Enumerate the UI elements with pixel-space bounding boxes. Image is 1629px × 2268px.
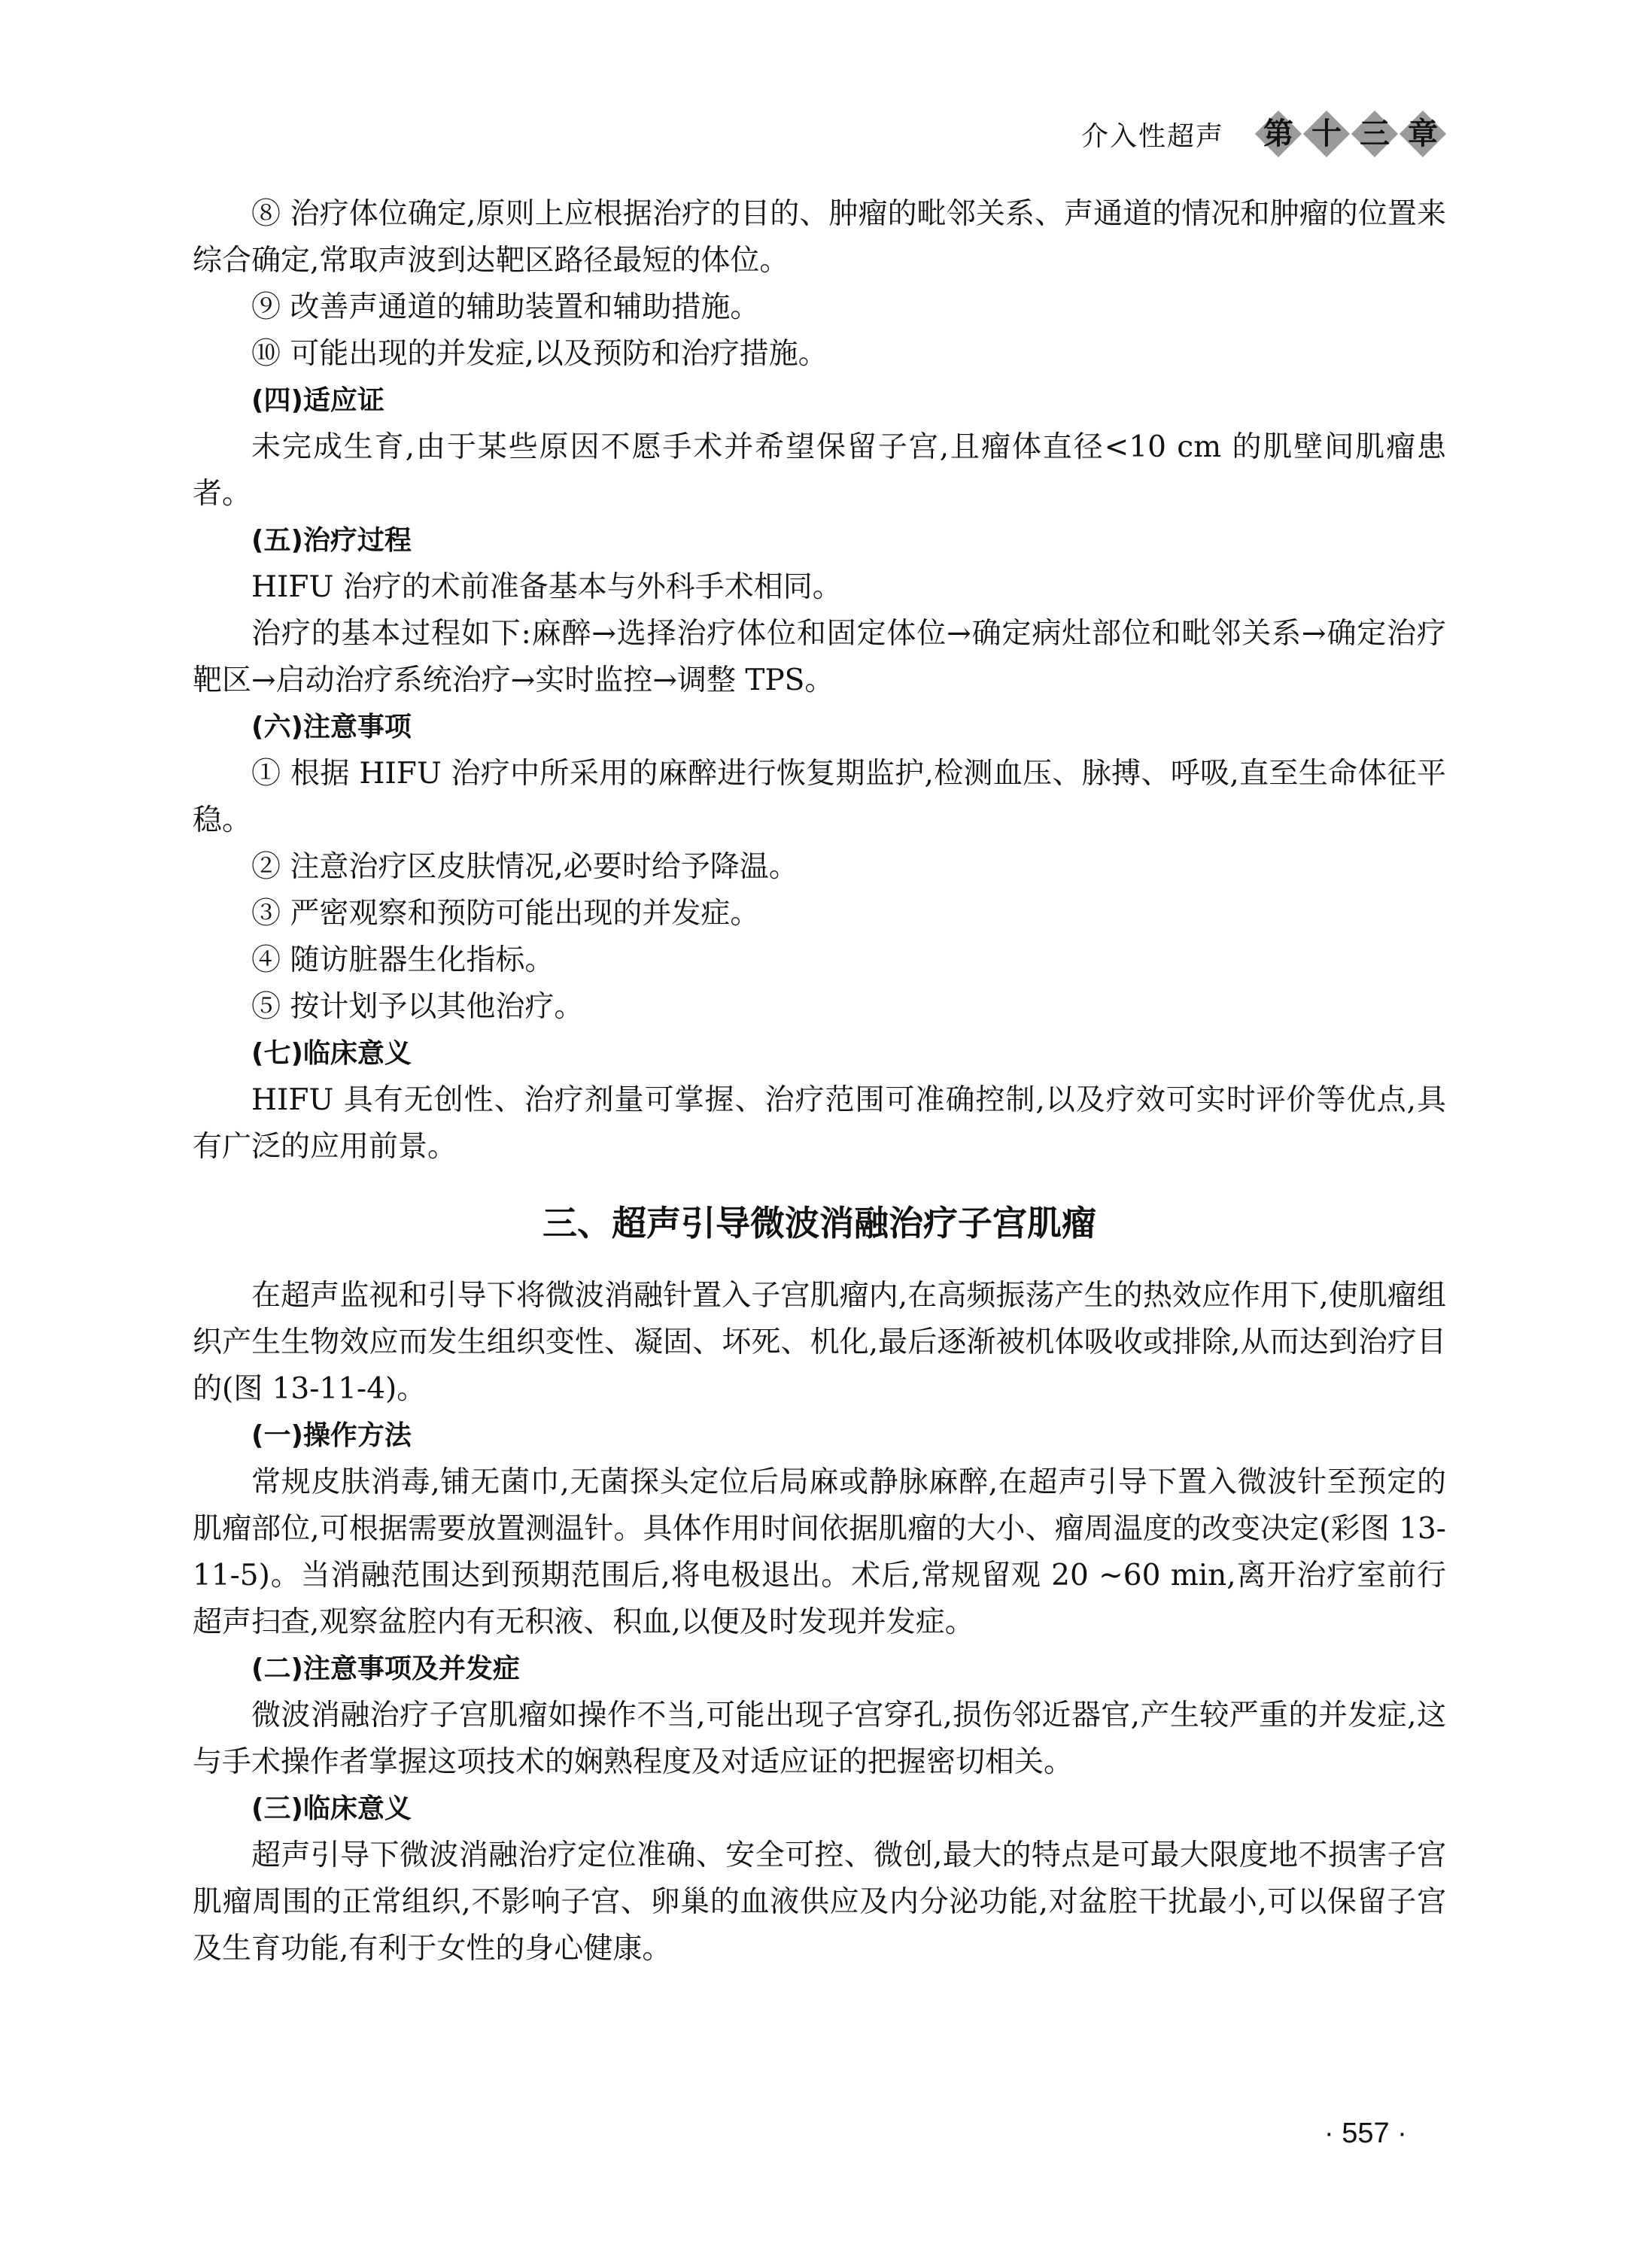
list-item-3: ③ 严密观察和预防可能出现的并发症。: [193, 891, 1446, 937]
subheading-indications: (四)适应证: [193, 378, 1446, 424]
list-item-5: ⑤ 按计划予以其他治疗。: [193, 984, 1446, 1031]
paragraph-hifu-significance: HIFU 具有无创性、治疗剂量可掌握、治疗范围可准确控制,以及疗效可实时评价等优…: [193, 1077, 1446, 1170]
list-item-2: ② 注意治疗区皮肤情况,必要时给予降温。: [193, 844, 1446, 891]
chapter-badge-diamond: 十: [1302, 110, 1351, 158]
paragraph-preparation: HIFU 治疗的术前准备基本与外科手术相同。: [193, 564, 1446, 611]
list-item-10: ⑩ 可能出现的并发症,以及预防和治疗措施。: [193, 331, 1446, 378]
subheading-clinical-significance-2: (三)临床意义: [193, 1786, 1446, 1832]
page-body: ⑧ 治疗体位确定,原则上应根据治疗的目的、肿瘤的毗邻关系、声通道的情况和肿瘤的位…: [193, 191, 1446, 1972]
chapter-badge-char: 第: [1263, 119, 1293, 149]
subheading-operation-method: (一)操作方法: [193, 1413, 1446, 1459]
paragraph-indications: 未完成生育,由于某些原因不愿手术并希望保留子宫,且瘤体直径<10 cm 的肌壁间…: [193, 424, 1446, 518]
subheading-precautions-complications: (二)注意事项及并发症: [193, 1646, 1446, 1693]
list-item-1: ① 根据 HIFU 治疗中所采用的麻醉进行恢复期监护,检测血压、脉搏、呼吸,直至…: [193, 751, 1446, 844]
paragraph-complications: 微波消融治疗子宫肌瘤如操作不当,可能出现子宫穿孔,损伤邻近器官,产生较严重的并发…: [193, 1693, 1446, 1786]
paragraph-microwave-intro: 在超声监视和引导下将微波消融针置入子宫肌瘤内,在高频振荡产生的热效应作用下,使肌…: [193, 1273, 1446, 1413]
running-header: 介入性超声 第 十 三 章: [1081, 104, 1447, 164]
chapter-badge-diamond: 章: [1399, 110, 1447, 158]
list-item-4: ④ 随访脏器生化指标。: [193, 937, 1446, 984]
subheading-precautions: (六)注意事项: [193, 704, 1446, 751]
paragraph-process-steps: 治疗的基本过程如下:麻醉→选择治疗体位和固定体位→确定病灶部位和毗邻关系→确定治…: [193, 611, 1446, 704]
chapter-badge-group: 第 十 三 章: [1254, 110, 1447, 158]
list-item-9: ⑨ 改善声通道的辅助装置和辅助措施。: [193, 284, 1446, 331]
chapter-badge-diamond: 第: [1254, 110, 1302, 158]
chapter-badge-char: 章: [1408, 119, 1438, 149]
paragraph-operation-method: 常规皮肤消毒,铺无菌巾,无菌探头定位后局麻或静脉麻醉,在超声引导下置入微波针至预…: [193, 1459, 1446, 1646]
chapter-badge-char: 三: [1360, 119, 1390, 149]
page-number: · 557 ·: [1324, 2118, 1407, 2150]
list-item-8: ⑧ 治疗体位确定,原则上应根据治疗的目的、肿瘤的毗邻关系、声通道的情况和肿瘤的位…: [193, 191, 1446, 284]
chapter-badge-char: 十: [1311, 119, 1342, 149]
chapter-badge-diamond: 三: [1351, 110, 1399, 158]
subheading-treatment-process: (五)治疗过程: [193, 518, 1446, 564]
section-title-header: 介入性超声: [1081, 115, 1224, 153]
subheading-clinical-significance: (七)临床意义: [193, 1031, 1446, 1077]
section-heading-microwave-ablation: 三、超声引导微波消融治疗子宫肌瘤: [193, 1196, 1446, 1250]
paragraph-microwave-significance: 超声引导下微波消融治疗定位准确、安全可控、微创,最大的特点是可最大限度地不损害子…: [193, 1832, 1446, 1972]
